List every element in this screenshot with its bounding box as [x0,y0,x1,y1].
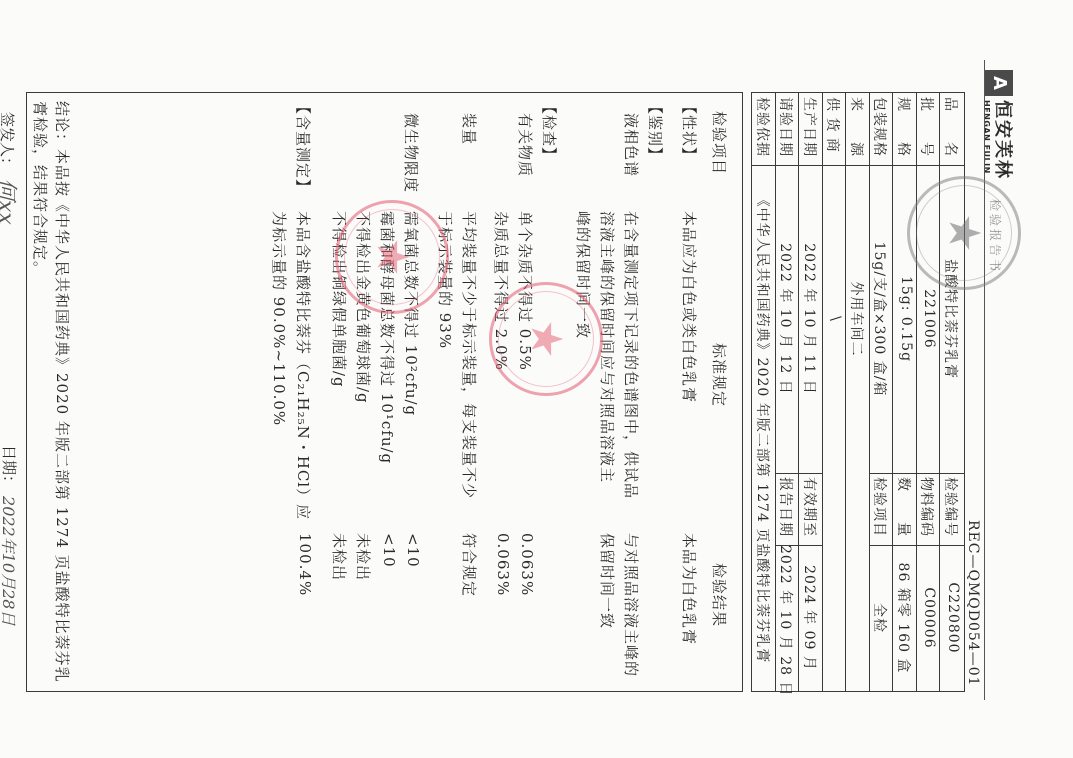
info-label: 品 名 [941,97,961,157]
info-label: 生产日期 [800,97,820,157]
result-line: 未检出 [329,533,350,581]
result-line: 本品为白色乳膏 [679,533,700,645]
date-block: 日期： 2022年10月28日 [0,445,21,625]
result-item: 【性状】 [679,99,700,163]
standard-line: 本品含盐酸特比萘芬（C₂₁H₂₅N・HCl）应 [293,211,314,520]
info-value: 15g/支/盒×300 盒/箱 [871,165,891,473]
signer-signature: 何xx [0,178,23,225]
result-line: 0.063% [518,533,536,596]
result-line: 0.063% [494,533,512,596]
info-label: 检验编号 [941,477,961,537]
company-logo: A 恒安芙林 HENGAN FULIN [982,70,1017,180]
info-value: 《中华人民共和国药典》2020 年版二部第 1274 页盐酸特比萘芬乳膏 [753,165,773,691]
date-label: 日期： [0,445,20,490]
info-label: 规 格 [894,97,914,157]
info-label: 检验依据 [753,97,773,157]
star-icon: ★ [521,319,572,358]
result-item: 液相色谱 [621,113,642,177]
signer-block: 签发人： 何xx [0,112,23,225]
standard-line: 本品应为白色或类白色乳膏 [679,211,700,403]
info-label: 批 号 [918,97,938,157]
result-item: 【含量测定】 [293,99,314,195]
info-value: 2022 年 10 月 12 日 [777,165,797,473]
header-standard: 标准规定 [709,343,730,407]
conclusion-box: 结论：本品按《中华人民共和国药典》2020 年版二部第 1274 页盐酸特比萘芬… [26,92,77,692]
info-label: 来 源 [847,97,867,157]
result-item: 【检查】 [539,99,560,163]
info-value: 2022 年 10 月 11 日 [800,165,820,473]
info-label: 有效期至 [800,477,820,537]
info-label: 请验日期 [777,97,797,157]
result-line: <10 [404,533,422,568]
star-icon: ★ [939,213,990,252]
info-value: \ [828,165,844,473]
logo-cn: 恒安芙林 [991,100,1017,180]
info-label: 检验项目 [871,477,891,537]
info-value: C220800 [945,545,961,691]
result-line: 保留时间一致 [597,533,618,629]
info-label: 包装规格 [871,97,891,157]
header-result: 检验结果 [709,563,730,627]
result-line: 未检出 [353,533,374,581]
result-line: <10 [380,533,398,568]
result-item: 【鉴别】 [645,99,666,163]
header-item: 检验项目 [709,111,730,175]
signer-label: 签发人： [0,112,18,172]
info-label: 物料编码 [918,477,938,537]
standard-line: 在含量测定项下记录的色谱图中，供试品 [621,211,642,499]
company-seal-red-1: ★ [335,200,449,314]
info-value: 86 箱零 160 盒 [894,545,914,691]
info-label: 数 量 [894,477,914,537]
header-rule [984,60,985,700]
info-value: 2022 年 10 月 28 日 [777,545,797,691]
date-signature: 2022年10月28日 [0,496,21,625]
result-line: 与对照品溶液主峰的 [621,533,642,677]
document-code: REC—QMQD054—01 [965,520,981,687]
star-icon: ★ [367,237,418,276]
result-line: 符合规定 [459,533,480,597]
company-seal-red-2: ★ [489,282,603,396]
logo-mark-icon: A [986,70,1014,96]
standard-line: 平均装量不少于标示装量，每支装量不少 [459,211,480,499]
conclusion-text: 结论：本品按《中华人民共和国药典》2020 年版二部第 1274 页盐酸特比萘芬… [25,93,77,691]
result-item: 微生物限度 [401,113,422,193]
result-item: 有关物质 [515,113,536,177]
result-line: 100.4% [296,533,314,596]
info-value: 2024 年 09 月 [800,545,820,691]
standard-line: 为标示量的 90.0%~110.0% [269,211,290,426]
info-value: C00006 [922,545,938,691]
info-value: 外用车间二 [847,165,867,473]
stamp-title: 检验报告书 [987,199,1004,274]
inspection-seal-gray: ★ 检验报告书 [907,176,1021,290]
result-item: 装量 [459,113,480,145]
info-label: 报告日期 [777,477,797,537]
info-label: 供 货 商 [824,97,844,153]
inspection-report-page: A 恒安芙林 HENGAN FULIN REC—QMQD054—01 品 名盐酸… [0,0,1073,758]
info-value: 全检 [871,545,891,691]
